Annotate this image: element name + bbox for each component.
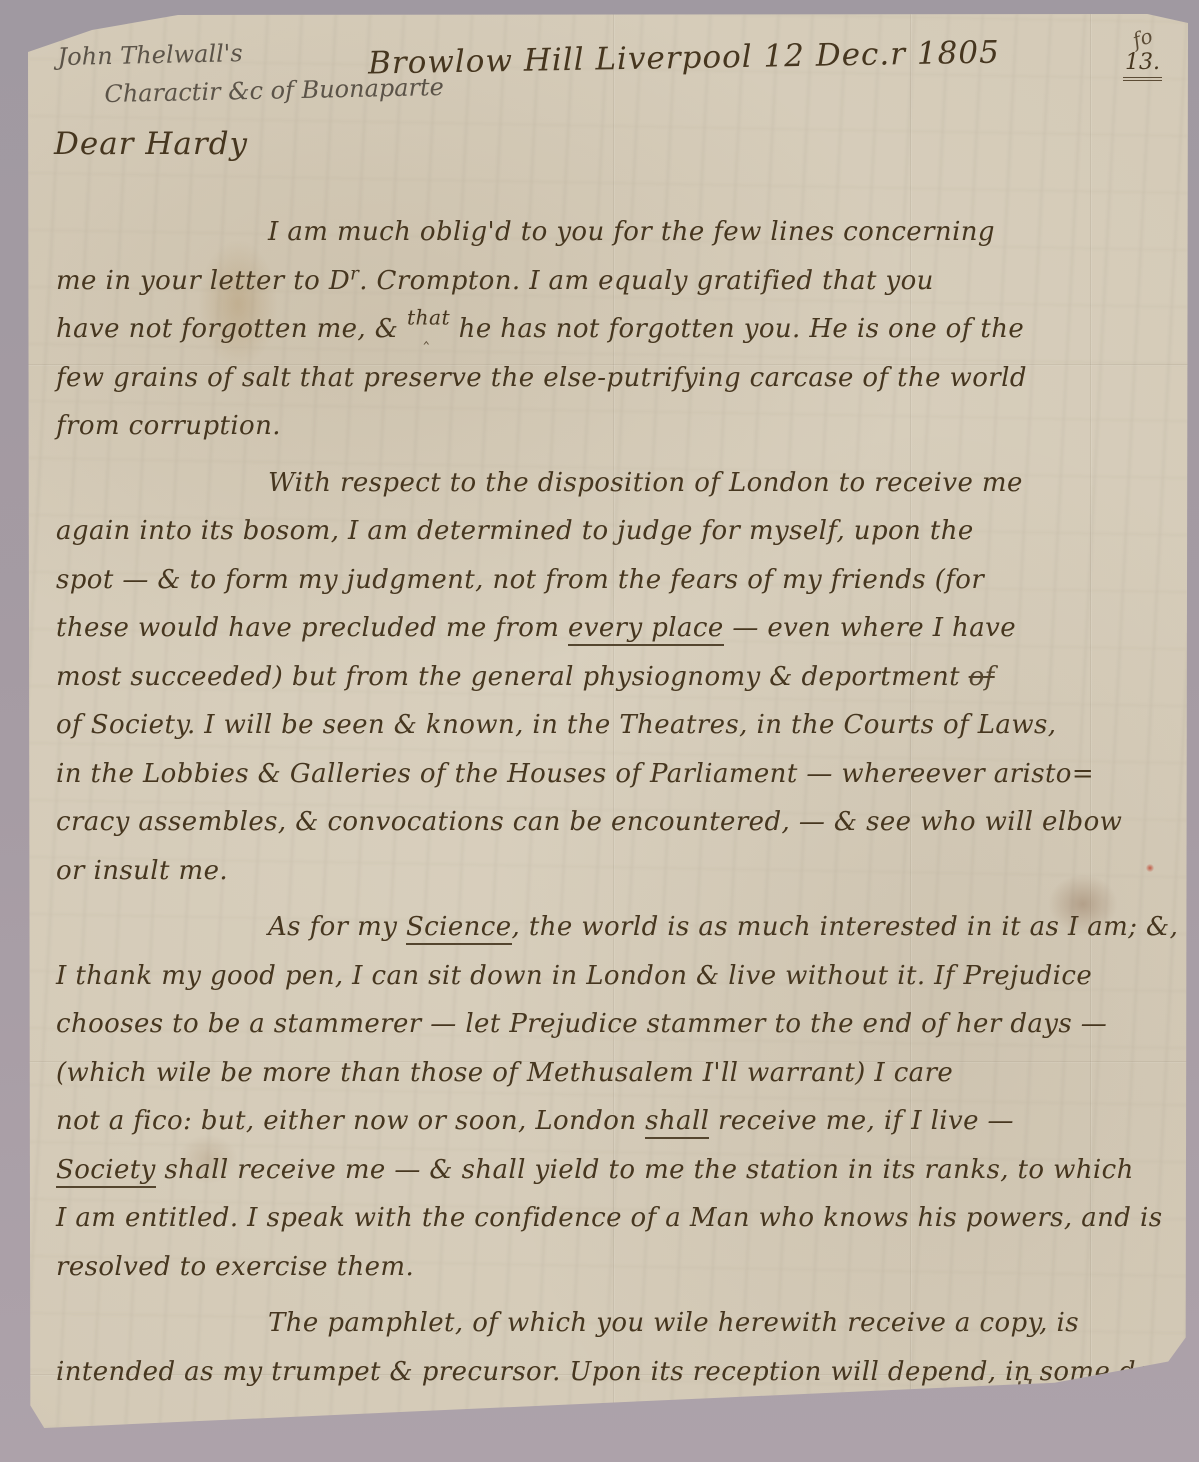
manuscript-line: (which wile be more than those of Methus… [56,1049,1176,1098]
manuscript-line: I am much oblig'd to you for the few lin… [56,208,1176,257]
manuscript-line: or insult me. [56,847,1176,896]
letter-body: I am much oblig'd to you for the few lin… [56,208,1176,1404]
text-segment: . Crompton. I am equaly gratified that y… [359,266,934,296]
manuscript-line: me in your letter to Dr. Crompton. I am … [56,257,1176,306]
manuscript-line: from corruption. [56,402,1176,451]
text-segment: I am much oblig'd to you for the few lin… [268,217,995,247]
text-segment: me in your letter to D [56,266,350,296]
text-segment: shall [645,1106,709,1139]
text-segment: or insult me. [56,856,228,886]
text-segment: spot — & to form my judgment, not from t… [56,565,984,595]
text-segment: most succeeded) but from the general phy… [56,662,969,692]
paragraph: The pamphlet, of which you wile herewith… [56,1299,1176,1396]
dateline-heading: Browlow Hill Liverpool 12 Dec.r 1805 [368,34,1000,81]
text-segment: he has not forgotten you. He is one of t… [450,314,1024,344]
text-segment: — even where I have [724,613,1016,643]
paragraph: With respect to the disposition of Londo… [56,459,1176,896]
manuscript-line: I thank my good pen, I can sit down in L… [56,952,1176,1001]
text-segment: not a fico: but, either now or soon, Lon… [56,1106,645,1136]
manuscript-line: not a fico: but, either now or soon, Lon… [56,1097,1176,1146]
manuscript-line: again into its bosom, I am determined to… [56,507,1176,556]
text-segment: cracy assembles, & convocations can be e… [56,807,1122,837]
text-segment: r [350,263,359,284]
text-segment: Browlow Hill Liverpool 12 Dec. [368,36,891,81]
manuscript-line: in the Lobbies & Galleries of the Houses… [56,750,1176,799]
manuscript-paper: John Thelwall's Charactir &c of Buonapar… [28,14,1188,1428]
text-segment: again into its bosom, I am determined to… [56,516,974,546]
text-segment: intended as my trumpet & precursor. Upon… [56,1357,1169,1387]
text-segment: of Society. I will be seen & known, in t… [56,710,1056,740]
manuscript-line: these would have precluded me from every… [56,604,1176,653]
text-segment: Society [56,1155,156,1188]
manuscript-line: Society shall receive me — & shall yield… [56,1146,1176,1195]
catchword: the plan [1014,1376,1122,1406]
text-segment: I thank my good pen, I can sit down in L… [56,961,1092,991]
text-segment: I am entitled. I speak with the confiden… [56,1203,1162,1233]
scanned-letter-page: { "colors": { "mat": "#a59ba3", "paper":… [0,0,1199,1462]
manuscript-line: I am entitled. I speak with the confiden… [56,1194,1176,1243]
manuscript-line: few grains of salt that preserve the els… [56,354,1176,403]
text-segment: resolved to exercise them. [56,1252,414,1282]
text-segment: As for my [268,912,406,942]
text-segment: receive me, if I live — [709,1106,1014,1136]
salutation: Dear Hardy [54,126,248,162]
paragraph: As for my Science, the world is as much … [56,903,1176,1291]
text-segment: , the world is as much interested in it … [512,912,1179,942]
manuscript-line: resolved to exercise them. [56,1243,1176,1292]
manuscript-line: of Society. I will be seen & known, in t… [56,701,1176,750]
folio-marking: fo 13. [1123,26,1162,81]
text-segment: 1805 [906,34,1000,72]
manuscript-line: As for my Science, the world is as much … [56,903,1176,952]
text-segment: With respect to the disposition of Londo… [268,468,1023,498]
text-segment: The pamphlet, of which you wile herewith… [268,1308,1079,1338]
text-segment: of [969,662,995,692]
text-segment: Science [406,912,512,945]
text-segment: from corruption. [56,411,281,441]
manuscript-line: spot — & to form my judgment, not from t… [56,556,1176,605]
text-segment: these would have precluded me from [56,613,568,643]
text-segment: chooses to be a stammerer — let Prejudic… [56,1009,1107,1039]
text-segment: (which wile be more than those of Methus… [56,1058,953,1088]
manuscript-line: The pamphlet, of which you wile herewith… [56,1299,1176,1348]
manuscript-line: With respect to the disposition of Londo… [56,459,1176,508]
text-segment: in the Lobbies & Galleries of the Houses… [56,759,1094,789]
text-segment: few grains of salt that preserve the els… [56,363,1027,393]
manuscript-line: most succeeded) but from the general phy… [56,653,1176,702]
manuscript-line: chooses to be a stammerer — let Prejudic… [56,1000,1176,1049]
manuscript-line: cracy assembles, & convocations can be e… [56,798,1176,847]
text-segment: have not forgotten me, & [56,314,407,344]
paragraph: I am much oblig'd to you for the few lin… [56,208,1176,451]
text-segment: shall receive me — & shall yield to me t… [156,1155,1134,1185]
text-segment: every place [568,613,724,646]
manuscript-line: have not forgotten me, & that he has not… [56,305,1176,354]
text-segment: r [890,36,906,72]
manuscript-line: intended as my trumpet & precursor. Upon… [56,1348,1176,1397]
